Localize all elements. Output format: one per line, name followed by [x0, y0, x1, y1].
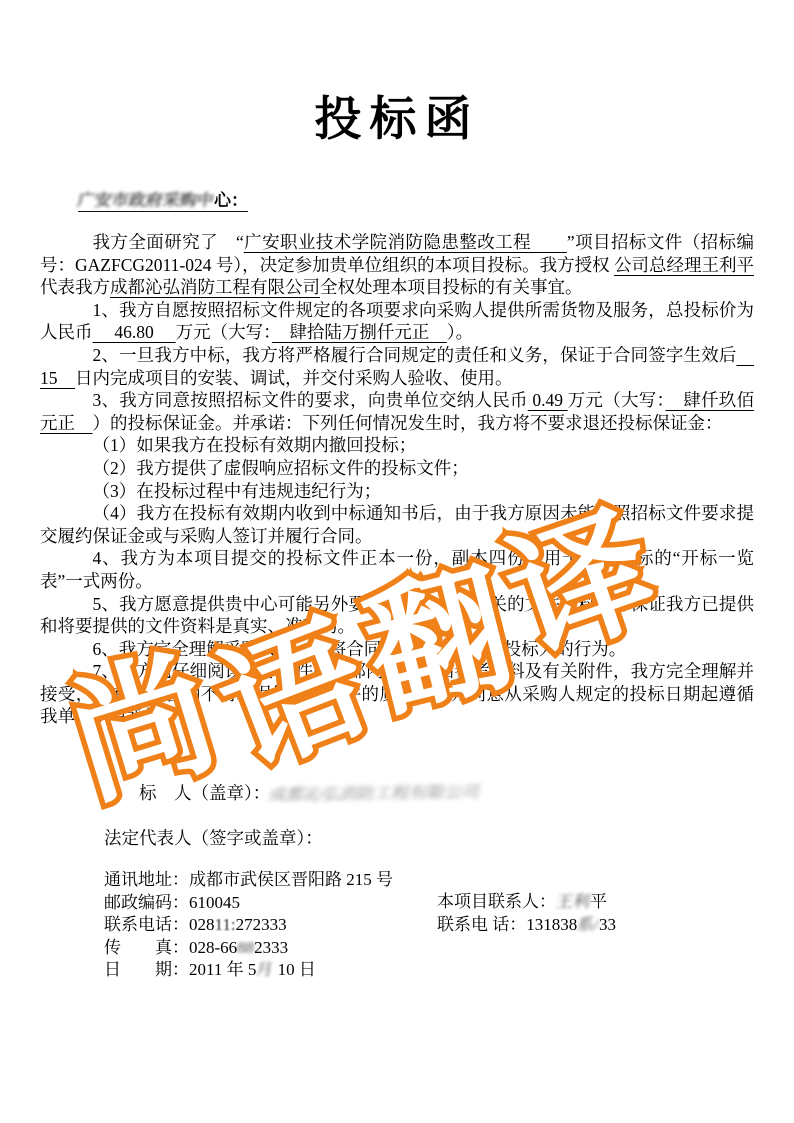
contact-info-right: 本项目联系人：王利平 联系电 话：131838系/33 — [437, 891, 616, 936]
project-contact-row: 本项目联系人：王利平 — [437, 891, 616, 914]
contact-info-left: 通讯地址：成都市武侯区晋阳路 215 号 邮政编码：610045 联系电话：02… — [104, 869, 393, 982]
item-7: 7、我方已仔细阅读招标文件的全部内容，包括参考资料及有关附件，我方完全理解并接受… — [40, 660, 754, 728]
phone-value: 02811:272333 — [189, 915, 287, 934]
item-2: 2、一旦我方中标，我方将严格履行合同规定的责任和义务，保证于合同签字生效后 15… — [40, 344, 754, 389]
date-value: 2011 年 5月 10 日 — [189, 960, 316, 979]
phone-row: 联系电话：02811:272333 — [104, 914, 393, 937]
redacted-addressee-text: 广安市政府采购中 — [76, 187, 215, 210]
zip-row: 邮政编码：610045 — [104, 892, 393, 915]
bid-price-words: 肆拾陆万捌仟元正 — [272, 322, 447, 342]
item-6: 6、我方完全理解采购人不一定将合同授予最低报价的投标人的行为。 — [40, 638, 754, 661]
redacted-date-part: 月 — [255, 960, 275, 981]
item-5: 5、我方愿意提供贵中心可能另外要求的，与投标有关的文件资料，并保证我方已提供和将… — [40, 593, 754, 638]
date-row: 日 期：2011 年 5月 10 日 — [104, 959, 393, 982]
company-name-underlined: 成都沁弘消防工程有限公司 — [110, 277, 320, 297]
sub-item-1: （1）如果我方在投标有效期内撤回投标； — [40, 434, 754, 457]
item-3: 3、我方同意按照招标文件的要求，向贵单位交纳人民币 0.49 万元（大写： 肆仟… — [40, 389, 754, 434]
address-value: 成都市武侯区晋阳路 215 号 — [189, 870, 393, 889]
authorized-person-underlined: 公司总经理王利平 — [614, 255, 754, 275]
page-title: 投标函 — [0, 82, 794, 149]
redacted-mobile-part: 系/ — [576, 914, 601, 935]
bid-letter-document: 投标函 广安市政府采购中心： 我方全面研究了 “广安职业技术学院消防隐患整改工程… — [0, 0, 794, 1123]
item-1: 1、我方自愿按照招标文件规定的各项要求向采购人提供所需货物及服务，总投标价为人民… — [40, 299, 754, 344]
bidder-label: 投 标 人（盖章）： — [104, 783, 270, 803]
sub-item-2: （2）我方提供了虚假响应招标文件的投标文件； — [40, 457, 754, 480]
deposit-number: 0.49 — [528, 390, 568, 410]
redacted-fax-part: 88 — [236, 938, 256, 959]
addressee-tail: 心： — [214, 191, 248, 210]
fax-value: 028-66882333 — [189, 938, 288, 957]
contact-phone-row: 联系电 话：131838系/33 — [437, 914, 616, 937]
project-name-underlined: 广安职业技术学院消防隐患整改工程 — [244, 232, 567, 252]
addressee-line: 广安市政府采购中心： — [78, 186, 248, 211]
legal-representative-line: 法定代表人（签字或盖章）： — [104, 825, 323, 850]
zip-value: 610045 — [189, 893, 240, 912]
bid-price-number: 46.80 — [93, 322, 176, 342]
body-text: 我方全面研究了 “广安职业技术学院消防隐患整改工程 ”项目招标文件（招标编号：G… — [40, 231, 754, 728]
sub-item-3: （3）在投标过程中有违规违纪行为； — [40, 480, 754, 503]
fax-row: 传 真：028-66882333 — [104, 937, 393, 960]
redacted-bidder-company: 成都沁弘消防工程有限公司 — [268, 780, 482, 806]
bidder-seal-line: 投 标 人（盖章）：成都沁弘消防工程有限公司 — [104, 780, 480, 805]
legal-rep-label: 法定代表人（签字或盖章）： — [104, 828, 323, 848]
address-row: 通讯地址：成都市武侯区晋阳路 215 号 — [104, 869, 393, 892]
sub-item-4: （4）我方在投标有效期内收到中标通知书后，由于我方原因未能按照招标文件要求提交履… — [40, 502, 754, 547]
item-4: 4、我方为本项目提交的投标文件正本一份，副本四份，用于开标唱标的“开标一览表”一… — [40, 547, 754, 592]
redacted-contact-name: 王利 — [555, 892, 592, 913]
redacted-phone-part: 11: — [215, 914, 236, 937]
paragraph-intro: 我方全面研究了 “广安职业技术学院消防隐患整改工程 ”项目招标文件（招标编号：G… — [40, 231, 754, 299]
